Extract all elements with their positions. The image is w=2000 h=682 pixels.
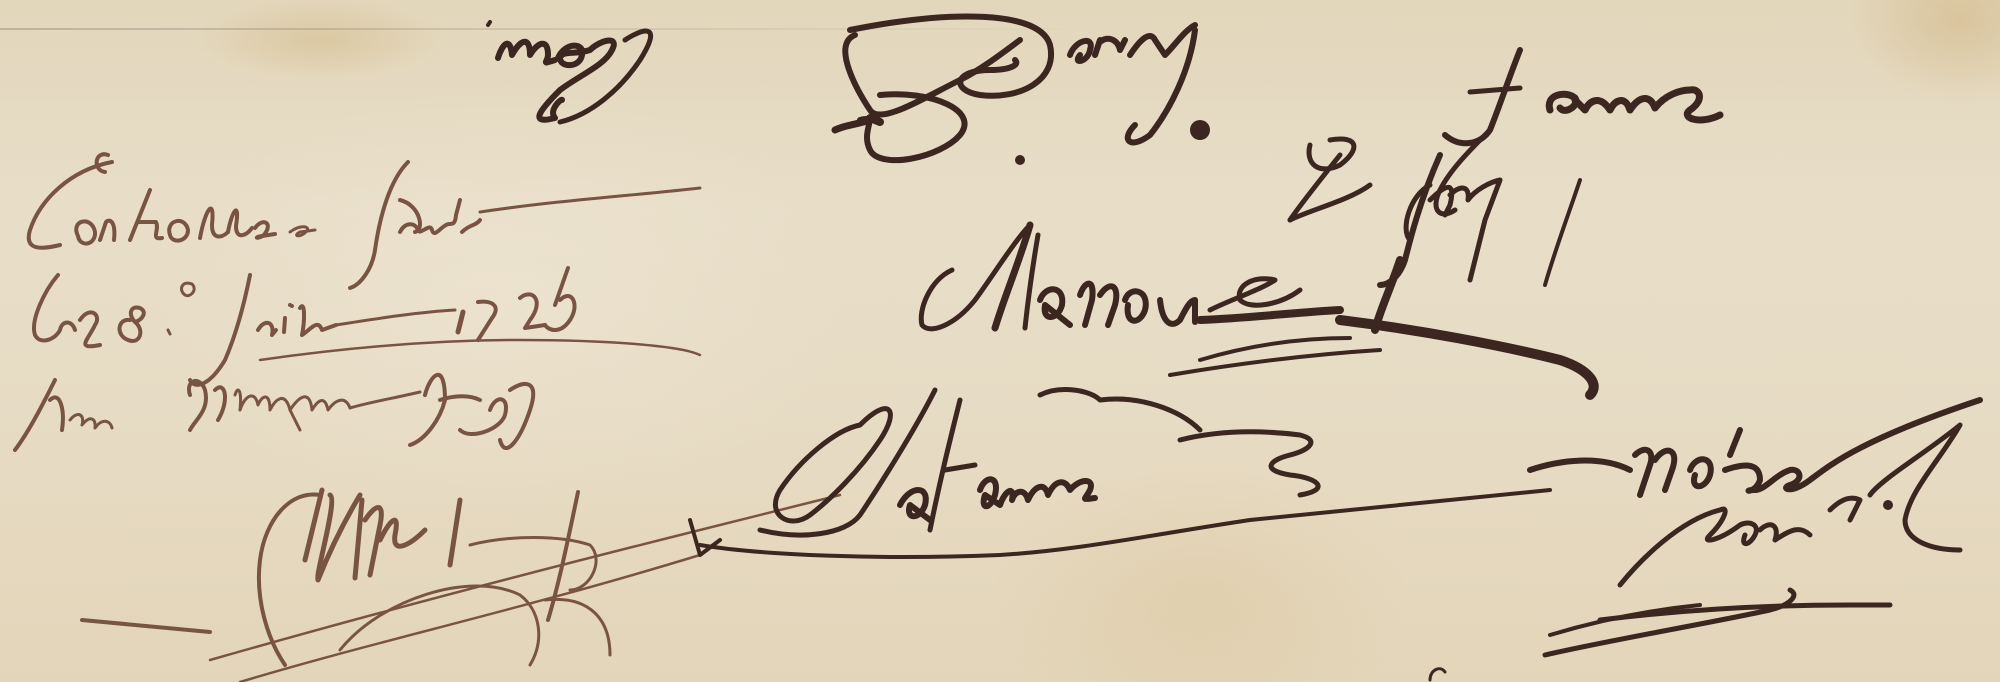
signatures-ink bbox=[0, 0, 2000, 682]
manuscript-page: Contrôlé à Souillac le 28e janvier 1725 … bbox=[0, 0, 2000, 682]
